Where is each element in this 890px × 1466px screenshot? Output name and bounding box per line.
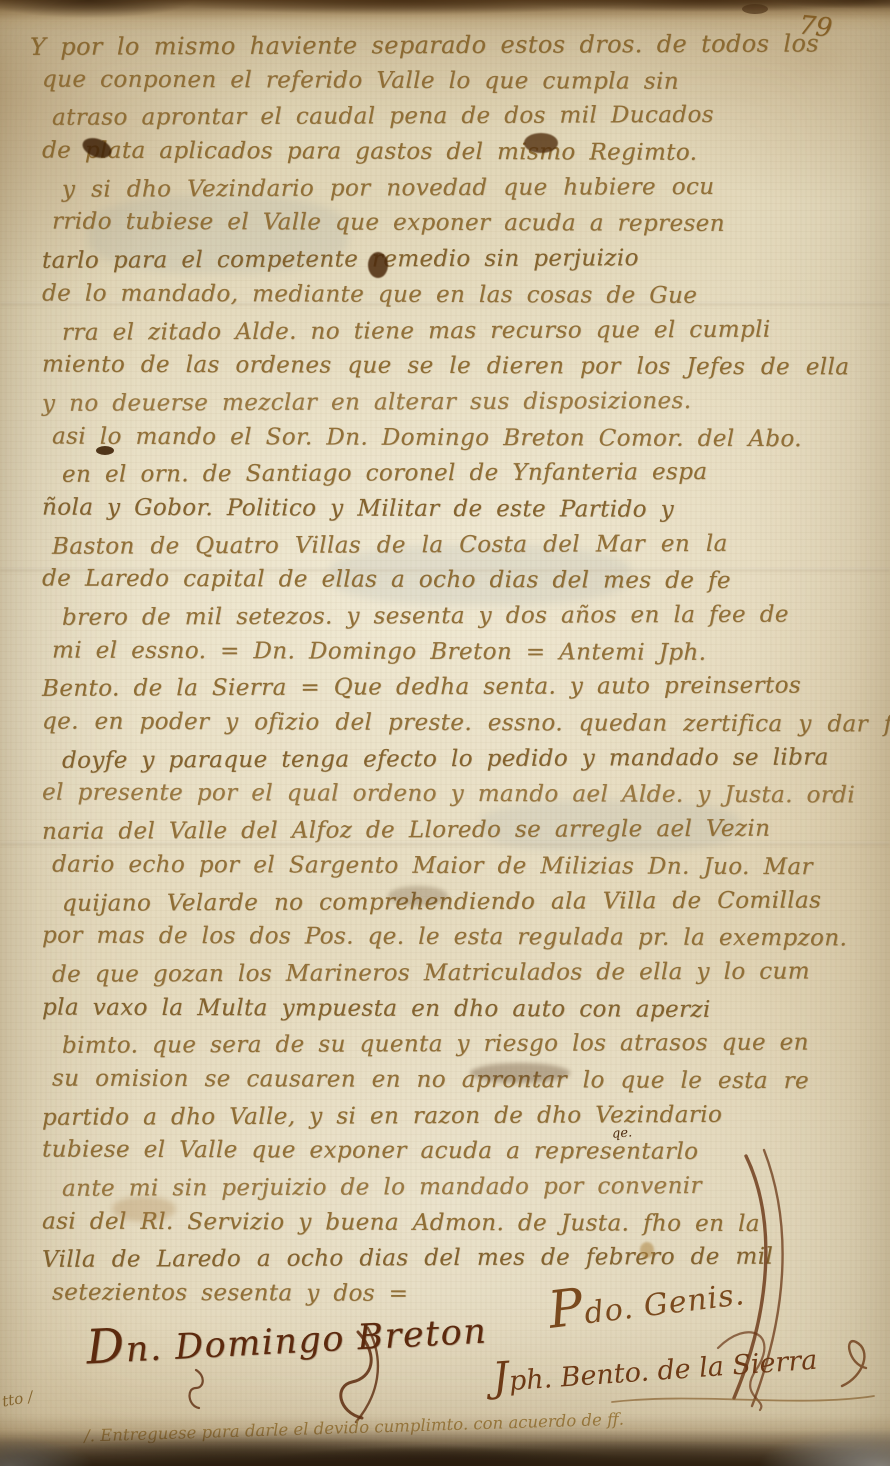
manuscript-line: y no deuerse mezclar en alterar sus disp…: [42, 383, 882, 422]
ink-blot: [96, 446, 114, 455]
manuscript-line: en el orn. de Santiago coronel de Ynfant…: [62, 454, 882, 493]
manuscript-line: qe. en poder y ofizio del preste. essno.…: [42, 705, 882, 744]
manuscript-line: tarlo para el competente remedio sin per…: [42, 240, 882, 279]
manuscript-line: de que gozan los Marineros Matriculados …: [52, 954, 882, 993]
manuscript-line: miento de las ordenes que se le dieren p…: [42, 348, 882, 387]
manuscript-line: bimto. que sera de su quenta y riesgo lo…: [62, 1025, 882, 1064]
manuscript-line: por mas de los dos Pos. qe. le esta regu…: [42, 919, 882, 958]
stain-spot: [640, 1242, 654, 1258]
ink-blot: [742, 4, 768, 14]
manuscript-line: Y por lo mismo haviente separado estos d…: [30, 26, 882, 65]
manuscript-line: su omision se causaren en no aprontar lo…: [52, 1061, 882, 1100]
manuscript-line: quijano Velarde no comprehendiendo ala V…: [62, 883, 882, 922]
ink-blot: [368, 252, 388, 278]
manuscript-line: atraso aprontar el caudal pena de dos mi…: [52, 98, 882, 137]
rubric-loop-breton: [184, 1366, 210, 1412]
interline-insertion: qe.: [612, 1125, 633, 1141]
folio-number: 79: [798, 10, 834, 43]
stain-smudge: [112, 1196, 176, 1222]
manuscript-line: doyfe y paraque tenga efecto lo pedido y…: [62, 740, 882, 779]
manuscript-line: partido a dho Valle, y si en razon de dh…: [42, 1097, 882, 1136]
ink-smudge: [470, 1063, 570, 1083]
manuscript-line: y si dho Vezindario por novedad que hubi…: [62, 169, 882, 208]
manuscript-line: rra el zitado Alde. no tiene mas recurso…: [62, 312, 882, 351]
ink-smudge: [388, 886, 448, 906]
manuscript-line: Baston de Quatro Villas de la Costa del …: [52, 526, 882, 565]
manuscript-line: brero de mil setezos. y sesenta y dos añ…: [62, 597, 882, 636]
manuscript-line: naria del Valle del Alfoz de Lloredo se …: [42, 811, 882, 850]
manuscript-line: de lo mandado, mediante que en las cosas…: [42, 276, 882, 315]
manuscript-line: dario echo por el Sargento Maior de Mili…: [52, 847, 882, 886]
manuscript-line: el presente por el qual ordeno y mando a…: [42, 776, 882, 815]
manuscript-photo: Y por lo mismo haviente separado estos d…: [0, 0, 890, 1466]
manuscript-line: Bento. de la Sierra = Que dedha senta. y…: [42, 669, 882, 708]
pen-flourish-long: [668, 1148, 788, 1413]
manuscript-line: de plata aplicados para gastos del mismo…: [42, 134, 882, 173]
manuscript-line: mi el essno. = Dn. Domingo Breton = Ante…: [52, 633, 882, 672]
manuscript-line: de Laredo capital de ellas a ocho dias d…: [42, 562, 882, 601]
manuscript-line: rrido tubiese el Valle que exponer acuda…: [52, 205, 882, 244]
body-text: Y por lo mismo haviente separado estos d…: [42, 28, 882, 1313]
rubric-flourish-breton: [328, 1326, 390, 1426]
manuscript-line: pla vaxo la Multa ympuesta en dho auto c…: [42, 990, 882, 1029]
ink-blot: [524, 133, 558, 153]
rubric-flourish-sierra: [834, 1334, 880, 1396]
manuscript-line: que conponen el referido Valle lo que cu…: [42, 62, 882, 101]
manuscript-line: asi lo mando el Sor. Dn. Domingo Breton …: [52, 419, 882, 458]
manuscript-line: ñola y Gobor. Politico y Militar de este…: [42, 490, 882, 529]
